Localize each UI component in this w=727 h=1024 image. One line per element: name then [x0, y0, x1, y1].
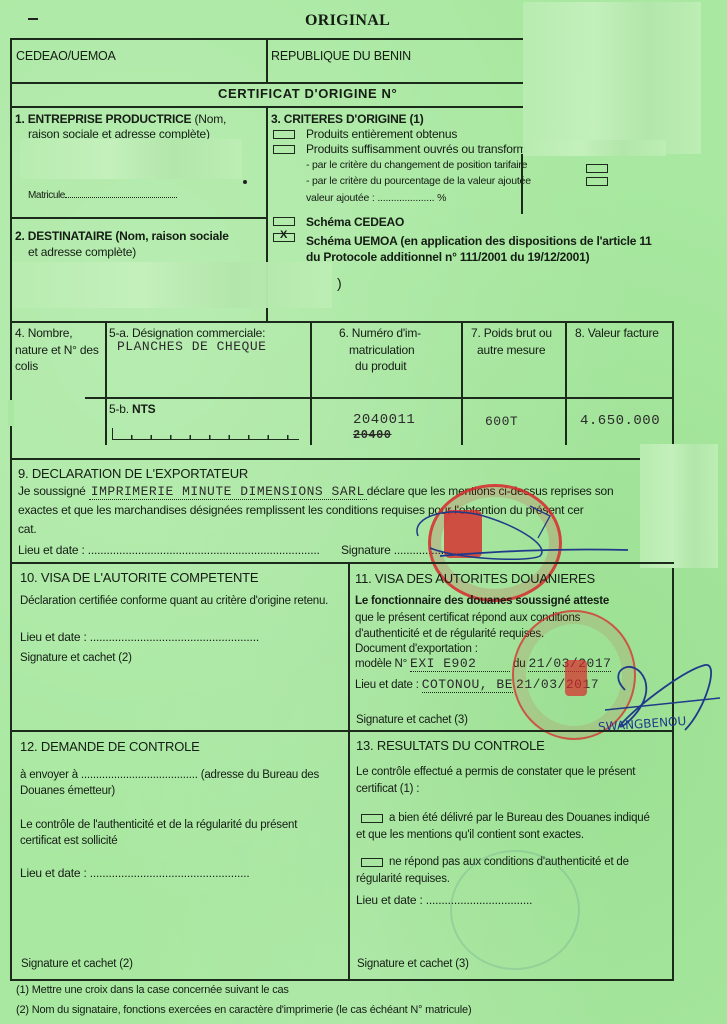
- declarant-prefix: Je soussigné: [18, 484, 86, 498]
- rule: [10, 458, 640, 460]
- footnote-2: (2) Nom du signataire, fonctions exercée…: [16, 1003, 471, 1018]
- rule: [10, 730, 674, 732]
- checkbox-cedeao[interactable]: [273, 217, 295, 226]
- rule: [461, 321, 463, 445]
- customs-stamp-mark: [565, 660, 587, 696]
- checkbox-value-added[interactable]: [586, 177, 608, 186]
- sub-option-tariff: - par le critère du changement de positi…: [306, 158, 527, 173]
- option-wholly-obtained: Produits entièrement obtenus: [306, 127, 457, 142]
- rule: [672, 321, 674, 445]
- box10-signature: Signature et cachet (2): [20, 651, 132, 666]
- rule: [10, 562, 674, 564]
- box13-title: 13. RESULTATS DU CONTROLE: [356, 738, 545, 753]
- redacted-area: [523, 2, 701, 154]
- dash-mark: [28, 18, 38, 20]
- box1-title-suffix: (Nom,: [195, 112, 227, 126]
- box2-subtitle: et adresse complète): [28, 245, 136, 260]
- dot-mark: [243, 180, 247, 184]
- top-left-label: CEDEAO/UEMOA: [16, 49, 116, 64]
- place-field[interactable]: COTONOU, BE: [422, 677, 513, 693]
- box13-line2: certificat (1) :: [356, 782, 419, 797]
- box10-place-date[interactable]: Lieu et date : .........................…: [20, 630, 259, 645]
- exporter-signature: [400, 496, 630, 566]
- col6-value-overstrike: 20400: [353, 428, 392, 443]
- col6-header-3: du produit: [355, 359, 406, 374]
- rule-gap: [8, 400, 14, 426]
- box13-signature: Signature et cachet (3): [357, 957, 469, 972]
- sub-option-value-added: - par le critère du pourcentage de la va…: [306, 174, 531, 189]
- box1-title-bold: 1. ENTREPRISE PRODUCTRICE: [15, 112, 191, 126]
- scheme-uemoa: Schéma UEMOA (en application des disposi…: [306, 234, 652, 249]
- redacted-producer: [20, 139, 242, 179]
- rule: [10, 458, 12, 980]
- nts-code-field[interactable]: [112, 428, 299, 440]
- col5b-header: 5-b. NTS: [109, 402, 155, 417]
- option-sufficiently-worked: Produits suffisamment ouvrés ou transfor…: [306, 142, 526, 157]
- box9-line3: cat.: [18, 522, 37, 537]
- rule: [310, 321, 312, 445]
- matricule-field[interactable]: [65, 197, 177, 198]
- model-label: modèle N°: [355, 658, 407, 670]
- col4-header-2: nature et N° des: [15, 343, 99, 358]
- box12-line3: Le contrôle de l'authenticité et de la r…: [20, 818, 297, 833]
- checkbox-not-compliant[interactable]: [361, 858, 383, 867]
- checkbox-uemoa-checked[interactable]: [273, 233, 295, 242]
- col7-header-2: autre mesure: [477, 343, 545, 358]
- redacted-area: [640, 444, 718, 568]
- rule: [85, 397, 674, 399]
- col7-value: 600T: [485, 414, 518, 429]
- matricule-text: Matricule: [28, 190, 65, 201]
- certificate-title: CERTIFICAT D'ORIGINE N°: [218, 86, 397, 101]
- checkbox-wholly-obtained[interactable]: [273, 130, 295, 139]
- box10-text: Déclaration certifiée conforme quant au …: [20, 594, 328, 609]
- rule: [10, 217, 266, 219]
- rule: [266, 38, 268, 82]
- redacted-area: [523, 140, 666, 156]
- box9-title: 9. DECLARATION DE L'EXPORTATEUR: [18, 466, 248, 481]
- copy-label: ORIGINAL: [305, 12, 390, 30]
- col6-value: 2040011: [353, 413, 415, 428]
- redacted-consignee: [12, 262, 332, 308]
- col6-header-1: 6. Numéro d'im-: [339, 326, 421, 341]
- box11-title: 11. VISA DES AUTORITES DOUANIERES: [355, 571, 595, 586]
- box12-place-date[interactable]: Lieu et date : .........................…: [20, 866, 250, 881]
- rule: [565, 321, 567, 445]
- box13-option1-a: a bien été délivré par le Bureau des Dou…: [389, 811, 650, 826]
- rule: [521, 154, 523, 214]
- box10-title: 10. VISA DE L'AUTORITE COMPETENTE: [20, 570, 258, 585]
- box12-line1[interactable]: à envoyer à ............................…: [20, 768, 319, 783]
- scheme-cedeao: Schéma CEDEAO: [306, 215, 404, 230]
- rule: [348, 562, 350, 980]
- model-field[interactable]: EXI E902: [410, 656, 510, 672]
- box13-line1: Le contrôle effectué a permis de constat…: [356, 765, 635, 780]
- box13-option2-b: régularité requises.: [356, 872, 450, 887]
- checkbox-issued-correctly[interactable]: [361, 814, 383, 823]
- faded-stamp: [450, 850, 580, 970]
- col6-header-2: matriculation: [349, 343, 414, 358]
- col5b-prefix: 5-b.: [109, 402, 129, 416]
- box2-title-suffix: (Nom, raison sociale: [115, 229, 228, 243]
- col7-header-1: 7. Poids brut ou: [471, 326, 552, 341]
- rule: [10, 82, 523, 84]
- checkbox-sufficiently-worked[interactable]: [273, 145, 295, 154]
- place-date-label: Lieu et date :: [355, 679, 419, 691]
- box3-title: 3. CRITERES D'ORIGINE (1): [271, 112, 424, 127]
- box11-line3: d'authenticité et de régularité requises…: [355, 627, 544, 642]
- value-added-field[interactable]: valeur ajoutée : ..................... %: [306, 191, 446, 206]
- footnote-1: (1) Mettre une croix dans la case concer…: [16, 983, 289, 998]
- exporter-name-field[interactable]: IMPRIMERIE MINUTE DIMENSIONS SARL: [89, 484, 367, 500]
- box11-signature: Signature et cachet (3): [356, 713, 468, 728]
- col8-header: 8. Valeur facture: [575, 326, 659, 341]
- col4-header-1: 4. Nombre,: [15, 326, 72, 341]
- box1-title: 1. ENTREPRISE PRODUCTRICE (Nom,: [15, 112, 226, 127]
- matricule-label: Matricule: [28, 188, 177, 203]
- col8-value: 4.650.000: [580, 414, 660, 429]
- col5b-label: NTS: [132, 402, 155, 416]
- box13-option1-b: et que les mentions qu'il contient sont …: [356, 828, 584, 843]
- rule: [10, 38, 12, 458]
- scheme-uemoa-note: du Protocole additionnel n° 111/2001 du …: [306, 250, 589, 265]
- rule: [10, 321, 674, 323]
- box11-export-doc: Document d'exportation :: [355, 642, 478, 657]
- rule: [105, 321, 107, 445]
- box2-title: 2. DESTINATAIRE (Nom, raison sociale: [15, 229, 229, 244]
- col4-header-3: colis: [15, 359, 38, 374]
- top-right-label: REPUBLIQUE DU BENIN: [271, 49, 411, 64]
- col5a-value: PLANCHES DE CHEQUE: [117, 339, 266, 354]
- rule: [10, 979, 674, 981]
- box12-line2: Douanes émetteur): [20, 784, 115, 799]
- box11-line1: Le fonctionnaire des douanes soussigné a…: [355, 594, 609, 609]
- box12-title: 12. DEMANDE DE CONTROLE: [20, 739, 200, 754]
- rule: [672, 568, 674, 980]
- box2-title-bold: 2. DESTINATAIRE: [15, 229, 112, 243]
- box2-closing: ): [337, 276, 341, 291]
- checkbox-tariff[interactable]: [586, 164, 608, 173]
- customs-signature: [585, 650, 725, 750]
- box12-line4: certificat est sollicité: [20, 834, 117, 849]
- box12-signature: Signature et cachet (2): [21, 957, 133, 972]
- box9-place-date[interactable]: Lieu et date : .........................…: [18, 543, 320, 558]
